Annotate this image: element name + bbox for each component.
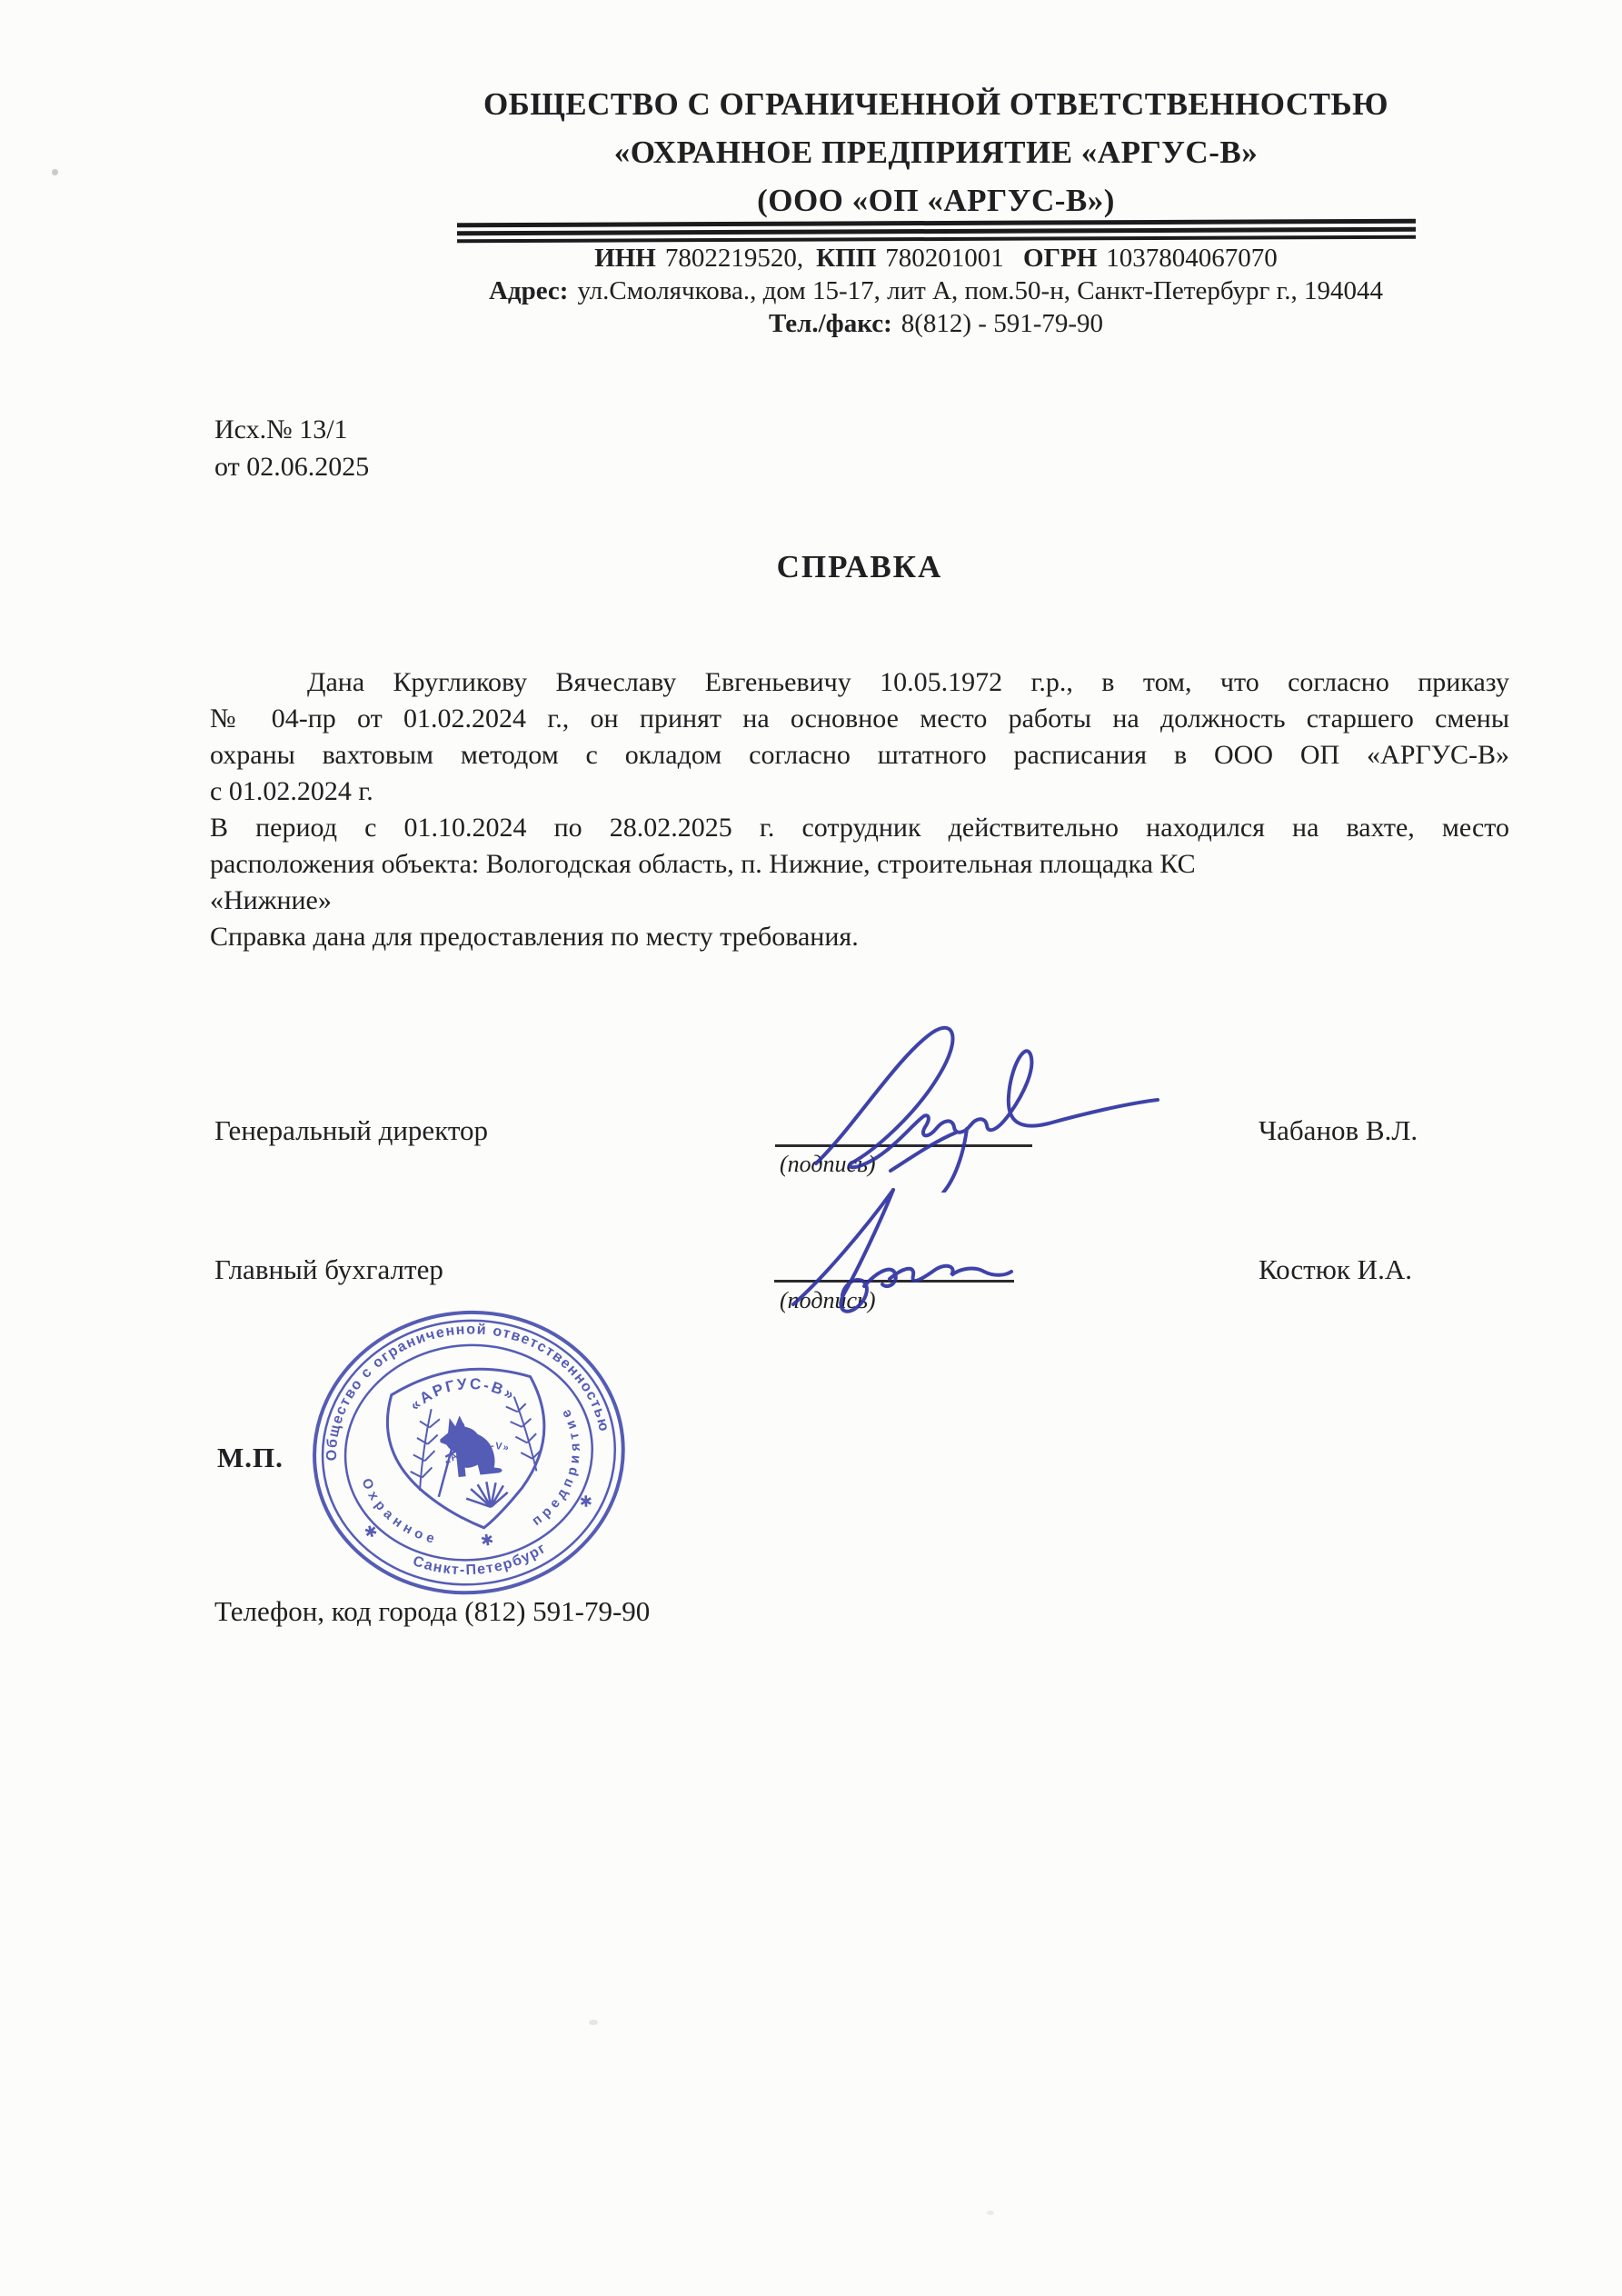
- stamp-asterisk-left: ✱: [359, 1521, 383, 1543]
- reference-number: Исх.№ 13/1: [214, 411, 369, 448]
- org-header: ОБЩЕСТВО С ОГРАНИЧЕННОЙ ОТВЕТСТВЕННОСТЬЮ…: [454, 80, 1418, 225]
- body-line: с 01.02.2024 г.: [210, 774, 1509, 810]
- body-line: «Нижние»: [210, 883, 1509, 919]
- stamp-fan: [464, 1480, 509, 1510]
- accountant-signature-line: [774, 1280, 1014, 1283]
- org-fax-line: Тел./факс:8(812) - 591-79-90: [454, 307, 1418, 340]
- stamp-center-name-text: «АРГУС-В»: [404, 1370, 521, 1415]
- outgoing-reference: Исх.№ 13/1 от 02.06.2025: [214, 411, 369, 485]
- stamp-ring-asterisk: ✱: [479, 1531, 495, 1551]
- scanned-certificate-page: ОБЩЕСТВО С ОГРАНИЧЕННОЙ ОТВЕТСТВЕННОСТЬЮ…: [0, 0, 1622, 2296]
- body-line: В период с 01.10.2024 по 28.02.2025 г. с…: [210, 810, 1509, 846]
- accountant-name: Костюк И.А.: [1259, 1253, 1412, 1286]
- seal-placeholder-label: М.П.: [217, 1442, 284, 1474]
- director-role-label: Генеральный директор: [214, 1114, 488, 1147]
- org-details: ИНН7802219520,КПП780201001 ОГРН103780406…: [454, 242, 1418, 340]
- body-line: Дана Кругликову Вячеславу Евгеньевичу 10…: [210, 664, 1509, 701]
- company-round-stamp: Общество с ограниченной ответственностью…: [293, 1291, 647, 1616]
- org-address-line: Адрес:ул.Смолячкова., дом 15-17, лит А, …: [454, 275, 1418, 307]
- accountant-role-label: Главный бухгалтер: [214, 1253, 443, 1286]
- scan-speck: [52, 169, 58, 175]
- reference-date: от 02.06.2025: [214, 448, 369, 485]
- scan-speck: [987, 2211, 994, 2215]
- certificate-body: Дана Кругликову Вячеславу Евгеньевичу 10…: [210, 664, 1509, 955]
- fax-value: 8(812) - 591-79-90: [901, 309, 1103, 338]
- document-title: СПРАВКА: [210, 549, 1509, 585]
- org-registration-line: ИНН7802219520,КПП780201001 ОГРН103780406…: [454, 242, 1418, 275]
- org-name-line1: ОБЩЕСТВО С ОГРАНИЧЕННОЙ ОТВЕТСТВЕННОСТЬЮ: [454, 80, 1418, 128]
- accountant-signature-caption: (подпись): [780, 1287, 876, 1314]
- director-signature-caption: (подпись): [780, 1151, 876, 1178]
- kpp-label: КПП: [816, 244, 876, 273]
- stamp-asterisk-right: ✱: [574, 1490, 598, 1512]
- body-line: расположения объекта: Вологодская област…: [210, 846, 1509, 883]
- scan-speck: [589, 2020, 598, 2025]
- address-value: ул.Смолячкова., дом 15-17, лит А, пом.50…: [577, 276, 1383, 305]
- address-label: Адрес:: [489, 276, 569, 305]
- org-name-line3: (ООО «ОП «АРГУС-В»): [454, 176, 1418, 225]
- org-name-line2: «ОХРАННОЕ ПРЕДПРИЯТИЕ «АРГУС-В»: [454, 128, 1418, 176]
- director-name: Чабанов В.Л.: [1259, 1114, 1418, 1147]
- ogrn-value: 1037804067070: [1106, 244, 1278, 273]
- director-signature-line: [775, 1144, 1032, 1147]
- divider-line: [457, 227, 1416, 236]
- body-line: охраны вахтовым методом с окладом соглас…: [210, 737, 1509, 774]
- body-line: № 04-пр от 01.02.2024 г., он принят на о…: [210, 701, 1509, 737]
- ogrn-label: ОГРН: [1023, 244, 1097, 273]
- body-line: Справка дана для предоставления по месту…: [210, 919, 1509, 955]
- fax-label: Тел./факс:: [769, 309, 892, 338]
- inn-value: 7802219520,: [665, 244, 803, 273]
- inn-label: ИНН: [594, 244, 656, 273]
- header-divider-rules: [457, 219, 1416, 244]
- kpp-value: 780201001: [885, 244, 1004, 273]
